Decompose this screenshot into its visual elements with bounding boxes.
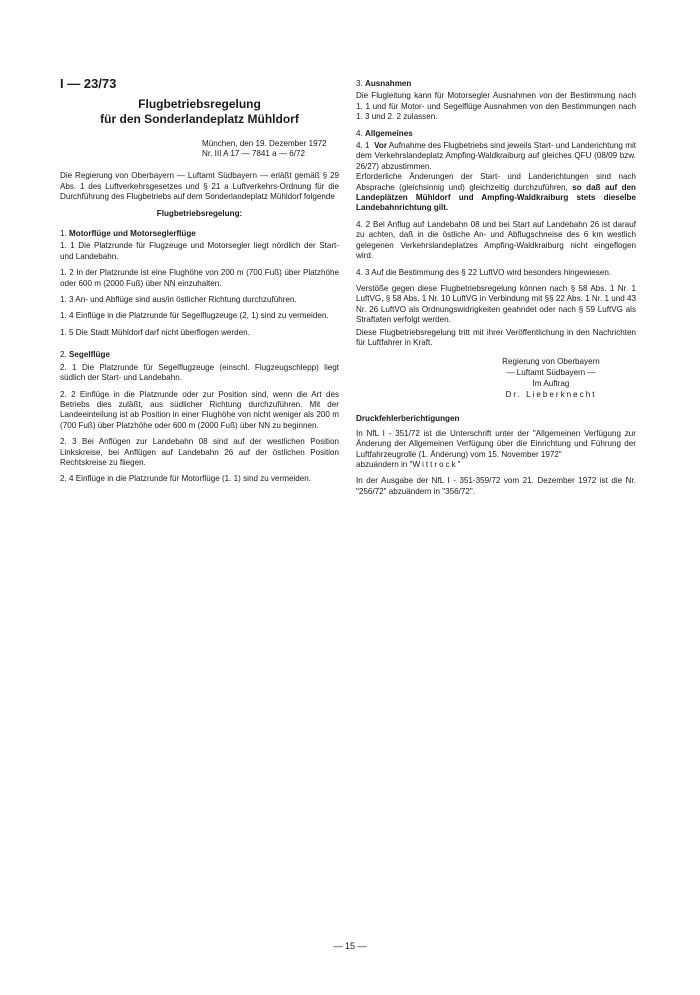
item-1-2: 1. 2 In der Platzrunde ist eine Flughöhe…	[60, 268, 339, 289]
date: München, den 19. Dezember 1972	[202, 139, 339, 149]
item-4-3: 4. 3 Auf die Bestimmung des § 22 LuftVO …	[356, 268, 636, 278]
correction-1: In NfL I - 351/72 ist die Unterschrift u…	[356, 429, 636, 460]
left-column: I — 23/73 Flugbetriebsregelung für den S…	[60, 79, 339, 491]
item-2-3: 2. 3 Bei Anflügen zur Landebahn 08 sind …	[60, 437, 339, 468]
section-title: Allgemeines	[365, 129, 413, 138]
section-title: Segelflüge	[69, 350, 110, 359]
signature-block: Regierung von Oberbayern — Luftamt Südba…	[466, 356, 636, 400]
title-line-1: Flugbetriebsregelung	[60, 97, 339, 112]
violations-paragraph: Verstöße gegen diese Flugbetriebsregelun…	[356, 284, 636, 326]
section-number: 1.	[60, 229, 67, 238]
item-4-1-continued: Erforderliche Änderungen der Start- und …	[356, 172, 636, 214]
item-4-2: 4. 2 Bei Anflug auf Landebahn 08 und bei…	[356, 220, 636, 262]
reference-number: Nr. III A 17 — 7841 a — 6/72	[202, 149, 339, 159]
section-4-heading: 4. Allgemeines	[356, 129, 636, 139]
section-3-heading: 3. Ausnahmen	[356, 79, 636, 89]
amend-prefix: abzuändern in "	[356, 460, 412, 469]
section-3-text: Die Flugleitung kann für Motorsegler Aus…	[356, 91, 636, 122]
item-text: Aufnahme des Flugbetriebs sind jeweils S…	[356, 141, 636, 171]
signature-authority: Regierung von Oberbayern	[466, 356, 636, 367]
corrections-heading: Druckfehlerberichtigungen	[356, 414, 636, 424]
intro-paragraph: Die Regierung von Oberbayern — Luftamt S…	[60, 171, 339, 202]
correction-2: In der Ausgabe der NfL I - 351-359/72 vo…	[356, 476, 636, 497]
amend-name: Wittrock	[412, 460, 457, 469]
title-line-2: für den Sonderlandeplatz Mühldorf	[60, 112, 339, 127]
date-block: München, den 19. Dezember 1972 Nr. III A…	[202, 139, 339, 159]
section-number: 3.	[356, 79, 363, 88]
section-1-heading: 1. Motorflüge und Motorseglerflüge	[60, 229, 339, 239]
section-2-heading: 2. Segelflüge	[60, 350, 339, 360]
section-number: 4.	[356, 129, 363, 138]
effective-paragraph: Diese Flugbetriebsregelung tritt mit ihr…	[356, 328, 636, 349]
item-1-1: 1. 1 Die Platzrunde für Flugzeuge und Mo…	[60, 241, 339, 262]
right-column: 3. Ausnahmen Die Flugleitung kann für Mo…	[356, 79, 636, 503]
page-number: — 15 —	[0, 941, 700, 951]
item-2-2: 2. 2 Einflüge in die Platzrunde oder zur…	[60, 390, 339, 432]
section-number: 2.	[60, 350, 67, 359]
section-title: Motorflüge und Motorseglerflüge	[69, 229, 196, 238]
item-2-4: 2. 4 Einflüge in die Platzrunde für Moto…	[60, 474, 339, 484]
signature-by-order: Im Auftrag	[466, 378, 636, 389]
signature-office: — Luftamt Südbayern —	[466, 367, 636, 378]
signature-name: Dr. Lieberknecht	[466, 389, 636, 400]
amend-suffix: "	[458, 460, 461, 469]
section-title: Ausnahmen	[365, 79, 411, 88]
correction-1-amend: abzuändern in "Wittrock"	[356, 460, 636, 470]
emphasis: Vor	[374, 141, 387, 150]
item-1-4: 1. 4 Einflüge in die Platzrunde für Sege…	[60, 311, 339, 321]
item-2-1: 2. 1 Die Platzrunde für Segelflugzeuge (…	[60, 363, 339, 384]
item-4-1: 4. 1 Vor Aufnahme des Flugbetriebs sind …	[356, 141, 636, 172]
item-1-3: 1. 3 An- und Abflüge sind aus/in östlich…	[60, 295, 339, 305]
item-1-5: 1. 5 Die Stadt Mühldorf darf nicht überf…	[60, 328, 339, 338]
document-number: I — 23/73	[60, 79, 339, 89]
subtitle: Flugbetriebsregelung:	[60, 209, 339, 219]
item-number: 4. 1	[356, 141, 370, 150]
